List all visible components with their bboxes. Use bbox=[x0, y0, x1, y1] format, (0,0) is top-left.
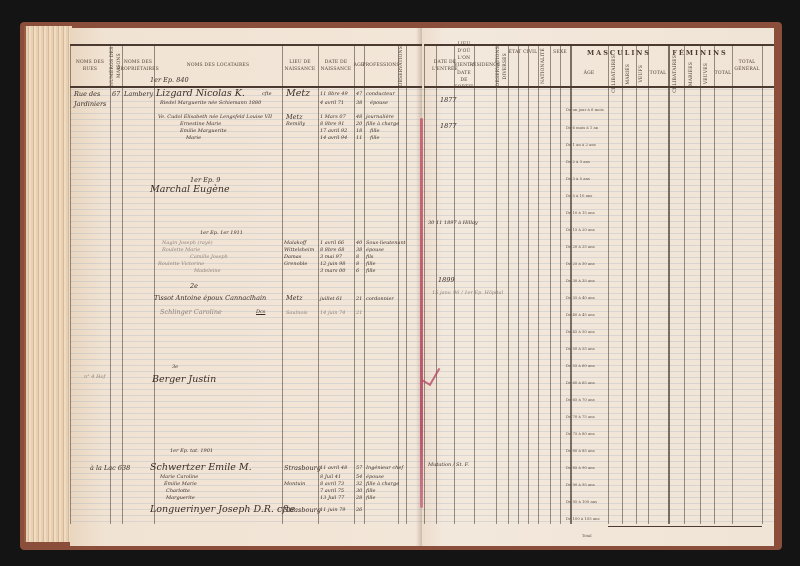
profession: cordonnier bbox=[366, 296, 394, 302]
red-ink-line bbox=[420, 118, 423, 508]
age: 21 bbox=[356, 310, 362, 316]
age-range-label: De 55 à 60 ans bbox=[566, 363, 595, 368]
age: 57 bbox=[356, 465, 362, 471]
left-page: Noms des rues Numéros des maisons Noms d… bbox=[70, 28, 422, 546]
birthplace: Metz bbox=[286, 294, 303, 302]
age: 32 bbox=[356, 481, 362, 487]
profession: journalière bbox=[366, 114, 394, 120]
profession: fille à charge bbox=[366, 481, 399, 487]
profession: fille bbox=[366, 495, 376, 501]
resident-name: Emilie Marguerite bbox=[180, 128, 227, 134]
birth-date: 7 avril 75 bbox=[320, 488, 344, 494]
right-page: Date de l'entrée Lieu d'où l'on vient / … bbox=[422, 28, 774, 546]
age: 26 bbox=[356, 507, 362, 513]
birthplace: Malakoff bbox=[284, 240, 306, 246]
profession: fille bbox=[370, 135, 380, 141]
birth-date: 17 avril 92 bbox=[320, 128, 347, 134]
age-range-label: De 65 à 70 ans bbox=[566, 397, 595, 402]
birthplace: Wittelsheim bbox=[284, 247, 314, 253]
age: 40 bbox=[356, 240, 362, 246]
resident-name: Schwertzer Emile M. bbox=[150, 462, 252, 473]
section-label: 1er Ep. 9 bbox=[190, 176, 220, 184]
age-range-label: De 75 à 80 ans bbox=[566, 431, 595, 436]
header-total-general: Total général bbox=[732, 46, 762, 86]
page-edges bbox=[24, 26, 72, 542]
age: 20 bbox=[356, 121, 362, 127]
age: 47 bbox=[356, 91, 362, 97]
birth-date: 3 mars 00 bbox=[320, 268, 345, 274]
header-m-maries: Mariés bbox=[622, 62, 636, 86]
birth-date: 14 juin 74 bbox=[320, 310, 346, 316]
birthplace: Metz bbox=[286, 88, 310, 99]
section-label: 1er Ep. 840 bbox=[150, 76, 189, 84]
resident-name: Roulette Victorine bbox=[158, 261, 204, 267]
header-lieu: Lieu de naissance bbox=[282, 46, 318, 86]
header-entry-date: Date de l'entrée bbox=[436, 46, 454, 86]
age-range-label: De 15 à 20 ans bbox=[566, 227, 595, 232]
age-range-label: De 95 à 100 ans bbox=[566, 499, 597, 504]
section-label: 1er Ep. tat. 1901 bbox=[170, 448, 213, 454]
age: 30 bbox=[356, 488, 362, 494]
resident-name: Nagin Joseph (rayé) bbox=[162, 240, 213, 246]
profession: Ingénieur chef bbox=[366, 465, 403, 471]
birth-date: 14 avril 94 bbox=[320, 135, 347, 141]
birthplace: Grenoble bbox=[284, 261, 307, 267]
age-range-label: De 3 à 5 ans bbox=[566, 176, 590, 181]
age: 28 bbox=[356, 495, 362, 501]
birthplace: Damas bbox=[284, 254, 301, 260]
age: 21 bbox=[356, 296, 362, 302]
annotation: Mutation / St. F. bbox=[428, 462, 469, 468]
header-etat-civil: État civil bbox=[508, 46, 538, 60]
header-age: Âge bbox=[570, 62, 608, 86]
annotation: 15 janv. 96 / 1er Ep. Hôpital bbox=[432, 290, 503, 296]
profession: épouse bbox=[366, 474, 384, 480]
birth-date: 8 8bre 68 bbox=[320, 247, 344, 253]
birthplace: Strasbourg bbox=[284, 464, 321, 472]
resident-name: Longuerinyer Joseph D.R. cfte bbox=[150, 504, 295, 515]
age: 8 bbox=[356, 254, 359, 260]
profession: fille bbox=[366, 268, 376, 274]
birth-date: 8 8bre 91 bbox=[320, 121, 344, 127]
age-range-label: De 80 à 85 ans bbox=[566, 448, 595, 453]
annotation: 30 11 1897 à Hillay bbox=[428, 220, 478, 226]
age-range-label: De 35 à 40 ans bbox=[566, 295, 595, 300]
header-profession: Professions bbox=[364, 46, 398, 86]
resident-name: Marie Caroline bbox=[160, 474, 198, 480]
age-range-label: De 25 à 30 ans bbox=[566, 261, 595, 266]
street-note: à la Lac 638 bbox=[90, 464, 130, 472]
birth-date: 11 8bre 49 bbox=[320, 91, 348, 97]
header-m-veufs: Veufs bbox=[636, 62, 648, 86]
house-number: 67 bbox=[112, 90, 120, 98]
birth-date: 11 avril 48 bbox=[320, 465, 347, 471]
resident-name: Camille Joseph bbox=[190, 254, 228, 260]
age: 18 bbox=[356, 128, 362, 134]
age-range-label: De 90 à 95 ans bbox=[566, 482, 595, 487]
profession: fille bbox=[370, 128, 380, 134]
resident-name: Tissot Antoine époux Cannaclhain bbox=[154, 294, 266, 302]
resident-name: Berger Justin bbox=[152, 374, 216, 385]
age-range-label: De 5 à 10 ans bbox=[566, 193, 592, 198]
birth-date: 8 avril 73 bbox=[320, 481, 344, 487]
birthplace: Strasbourg bbox=[284, 506, 321, 514]
age: 6 bbox=[356, 268, 359, 274]
birth-date: 8 Juil 41 bbox=[320, 474, 341, 480]
annotation: 1877 bbox=[440, 96, 457, 104]
resident-name: Lizgard Nicolas K. bbox=[156, 88, 245, 99]
header-observations: Observations bbox=[398, 46, 406, 86]
resident-name: Émilie Marie bbox=[164, 481, 197, 487]
birthplace: Montuin bbox=[284, 481, 305, 487]
age-range-label: De 30 à 35 ans bbox=[566, 278, 595, 283]
profession: Sous-lieutenant bbox=[366, 240, 406, 246]
section-label: 3e bbox=[172, 364, 178, 370]
resident-name: Schlinger Caroline bbox=[160, 308, 222, 316]
profession: épouse bbox=[366, 247, 384, 253]
age-range-label: De 50 à 55 ans bbox=[566, 346, 595, 351]
resident-name: Roulette Marie bbox=[162, 247, 200, 253]
age-range-label: De 70 à 75 ans bbox=[566, 414, 595, 419]
section-label: 2e bbox=[190, 282, 198, 290]
age-range-label: De 10 à 15 ans bbox=[566, 210, 595, 215]
resident-name: Marchal Eugène bbox=[150, 184, 230, 195]
age: 54 bbox=[356, 474, 362, 480]
age: 38 bbox=[356, 247, 362, 253]
header-m-celibataires: Célibataires bbox=[608, 62, 622, 86]
birth-date: 12 juin 98 bbox=[320, 261, 346, 267]
profession: fille à charge bbox=[366, 121, 399, 127]
age-range-label: De 6 mois à 1 an bbox=[566, 125, 598, 130]
annotation: 1899 bbox=[438, 276, 455, 284]
age-range-label: De 20 à 25 ans bbox=[566, 244, 595, 249]
age-range-label: De 85 à 90 ans bbox=[566, 465, 595, 470]
resident-name: Ernestine Marie bbox=[180, 121, 221, 127]
profession: épouse bbox=[370, 100, 388, 106]
age-range-label: De 100 à 105 ans bbox=[566, 516, 600, 521]
age: 48 bbox=[356, 114, 362, 120]
total-label: Total bbox=[582, 533, 592, 538]
birth-date: juillet 61 bbox=[320, 296, 343, 302]
header-observations: Observations diverses bbox=[496, 46, 508, 86]
resident-note: Dcs bbox=[256, 309, 265, 315]
resident-name: Riedel Marguerite née Schiemann 1880 bbox=[160, 100, 261, 106]
header-f-veuves: Veuves bbox=[700, 62, 714, 86]
age-range-label: De 1 an à 2 ans bbox=[566, 142, 596, 147]
header-f-mariees: Mariées bbox=[684, 62, 700, 86]
profession: conducteur bbox=[366, 91, 395, 97]
resident-name: Madeleine bbox=[194, 268, 221, 274]
birth-date: 11 juin 79 bbox=[320, 507, 346, 513]
resident-note: cfte bbox=[262, 91, 272, 97]
birthplace: Metz bbox=[286, 113, 303, 121]
birth-date: 1 avril 66 bbox=[320, 240, 344, 246]
annotation: 1877 bbox=[440, 122, 457, 130]
birthplace: Saulnois bbox=[286, 310, 308, 316]
age-range-label: De 40 à 45 ans bbox=[566, 312, 595, 317]
birth-date: 4 avril 71 bbox=[320, 100, 344, 106]
header-f-celibataires: Célibataires bbox=[668, 62, 684, 86]
age-range-label: De 2 à 3 ans bbox=[566, 159, 590, 164]
header-residence: Résidence bbox=[474, 46, 496, 86]
profession: fille bbox=[366, 488, 376, 494]
birthplace: Remilly bbox=[286, 121, 305, 127]
age-range-label: De 45 à 50 ans bbox=[566, 329, 595, 334]
street-name: Rue des Jardiniers bbox=[74, 90, 110, 110]
profession: fils bbox=[366, 254, 374, 260]
resident-name: Marie bbox=[186, 135, 201, 141]
age-range-label: De 60 à 65 ans bbox=[566, 380, 595, 385]
resident-name: Marguerite bbox=[166, 495, 195, 501]
birth-date: 13 Juil 77 bbox=[320, 495, 344, 501]
street-note: n° 4 Hof bbox=[84, 374, 105, 380]
header-m-total: Total bbox=[648, 62, 668, 86]
header-masculins: MASCULINS bbox=[570, 46, 668, 60]
age: 11 bbox=[356, 135, 362, 141]
header-f-total: Total bbox=[714, 62, 732, 86]
header-sexe: Sexe bbox=[550, 46, 570, 60]
total-divider bbox=[608, 526, 762, 527]
age: 38 bbox=[356, 100, 362, 106]
resident-name: Ve. Cudol Élisabeth née Lengsfeld Louise… bbox=[158, 114, 272, 120]
header-date: Date de naissance bbox=[318, 46, 354, 86]
header-rue: Noms des rues bbox=[70, 46, 110, 86]
birth-date: 3 mai 97 bbox=[320, 254, 342, 260]
age-range-label: De un jour à 6 mois bbox=[566, 107, 604, 112]
birth-date: 1 Mars 07 bbox=[320, 114, 346, 120]
owner-name: Lambery bbox=[124, 90, 153, 98]
resident-name: Charlotte bbox=[166, 488, 190, 494]
section-label: 1er Ep. 1er 1911 bbox=[200, 230, 243, 236]
profession: fille bbox=[366, 261, 376, 267]
age: 8 bbox=[356, 261, 359, 267]
header-nationalite: Nationalité bbox=[538, 46, 550, 86]
